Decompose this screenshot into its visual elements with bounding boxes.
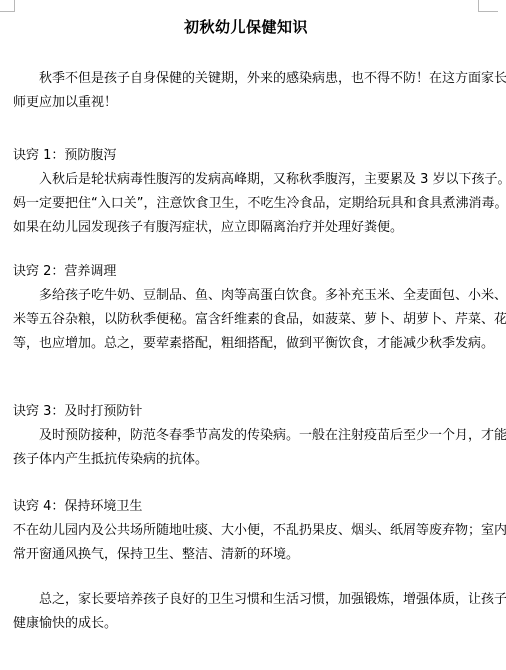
paragraph-line: 孩子体内产生抵抗传染病的抗体。 (13, 448, 488, 472)
paragraph-line: 常开窗通风换气，保持卫生、整洁、清新的环境。 (13, 543, 488, 567)
paragraph-line: 妈一定要把住“入口关”，注意饮食卫生，不吃生冷食品，定期给玩具和食具煮沸消毒。 (13, 192, 488, 216)
conclusion-paragraph: 总之，家长要培养孩子良好的卫生习惯和生活习惯，加强锻炼，增强体质，让孩子能 健康… (13, 588, 488, 636)
section-heading-2: 诀窍 2：营养调理 (13, 260, 116, 284)
section-paragraph-1: 入秋后是轮状病毒性腹泻的发病高峰期，又称秋季腹泻，主要累及 3 岁以下孩子。妈 … (13, 168, 488, 240)
section-heading-3: 诀窍 3：及时打预防针 (13, 400, 142, 424)
paragraph-line: 如果在幼儿园发现孩子有腹泻症状，应立即隔离治疗并处理好粪便。 (13, 216, 488, 240)
section-paragraph-4: 不在幼儿园内及公共场所随地吐痰、大小便，不乱扔果皮、烟头、纸屑等废弃物；室内经 … (13, 519, 488, 567)
document-title: 初秋幼儿保健知识 (13, 16, 479, 38)
section-paragraph-2: 多给孩子吃牛奶、豆制品、鱼、肉等高蛋白饮食。多补充玉米、全麦面包、小米、黑 米等… (13, 284, 488, 356)
paragraph-line: 不在幼儿园内及公共场所随地吐痰、大小便，不乱扔果皮、烟头、纸屑等废弃物；室内经 (13, 519, 488, 543)
paragraph-line: 健康愉快的成长。 (13, 612, 488, 636)
page-corner-mark-top-right (478, 0, 498, 12)
paragraph-line: 及时预防接种，防范冬春季节高发的传染病。一般在注射疫苗后至少一个月，才能在 (13, 424, 488, 448)
paragraph-line: 秋季不但是孩子自身保健的关键期，外来的感染病患，也不得不防！在这方面家长老 (13, 67, 488, 91)
section-heading-1: 诀窍 1：预防腹泻 (13, 144, 116, 168)
paragraph-line: 总之，家长要培养孩子良好的卫生习惯和生活习惯，加强锻炼，增强体质，让孩子能 (13, 588, 488, 612)
paragraph-line: 等，也应增加。总之，要荤素搭配，粗细搭配，做到平衡饮食，才能减少秋季发病。 (13, 332, 488, 356)
paragraph-line: 米等五谷杂粮，以防秋季便秘。富含纤维素的食品，如菠菜、萝卜、胡萝卜、芹菜、花菜 (13, 308, 488, 332)
section-paragraph-3: 及时预防接种，防范冬春季节高发的传染病。一般在注射疫苗后至少一个月，才能在 孩子… (13, 424, 488, 472)
section-heading-4: 诀窍 4：保持环境卫生 (13, 495, 142, 519)
intro-paragraph: 秋季不但是孩子自身保健的关键期，外来的感染病患，也不得不防！在这方面家长老 师更… (13, 67, 488, 115)
paragraph-line: 多给孩子吃牛奶、豆制品、鱼、肉等高蛋白饮食。多补充玉米、全麦面包、小米、黑 (13, 284, 488, 308)
paragraph-line: 师更应加以重视！ (13, 91, 488, 115)
paragraph-line: 入秋后是轮状病毒性腹泻的发病高峰期，又称秋季腹泻，主要累及 3 岁以下孩子。妈 (13, 168, 488, 192)
page-corner-mark-top-left (0, 0, 15, 12)
